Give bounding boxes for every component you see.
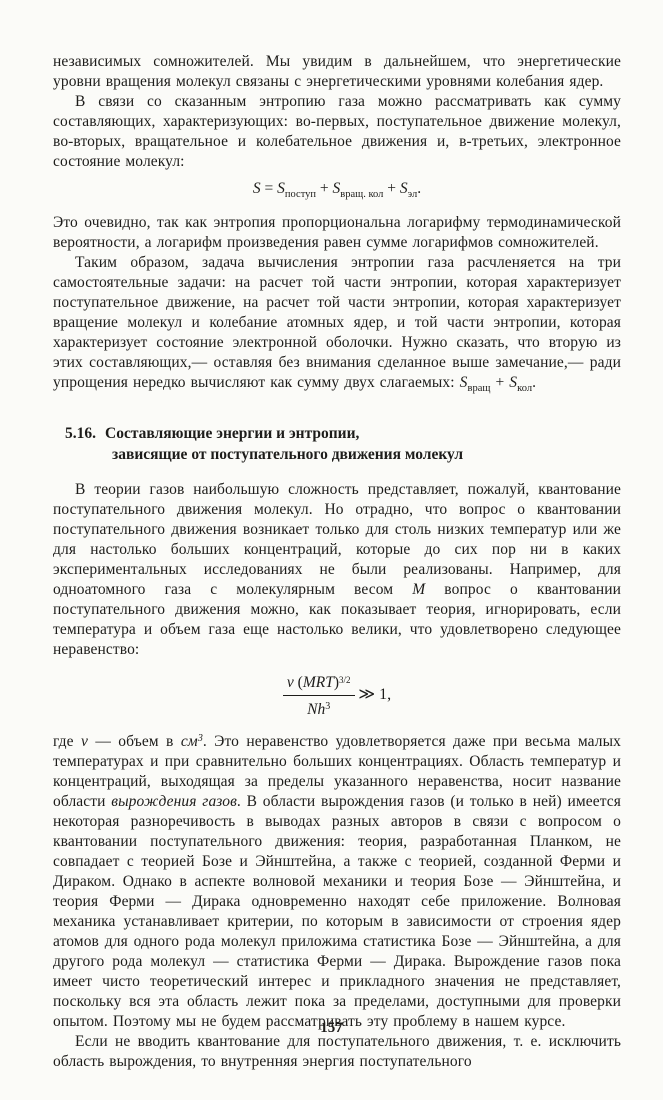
fraction-numerator: v (MRT)3/2 <box>283 670 355 696</box>
text-column: независимых сомножителей. Мы увидим в да… <box>53 52 621 1072</box>
section-heading-line1: 5.16.Составляющие энергии и энтропии, <box>65 423 621 444</box>
section-title-line1: Составляющие энергии и энтропии, <box>105 425 359 442</box>
formula-entropy-sum: S = Sпоступ + Sвращ. кол + Sэл. <box>53 179 621 205</box>
inequality-rhs: ≫ 1, <box>358 686 391 703</box>
paragraph-logarithm: Это очевидно, так как энтропия пропорцио… <box>53 213 621 253</box>
section-title-line2: зависящие от поступательного движения мо… <box>112 444 621 465</box>
paragraph-no-quantization: Если не вводить квантование для поступат… <box>53 1032 621 1072</box>
page-number: 157 <box>0 1020 663 1037</box>
section-number: 5.16. <box>65 425 96 442</box>
section-heading: 5.16.Составляющие энергии и энтропии, за… <box>65 423 621 465</box>
paragraph-three-tasks: Таким образом, задача вычисления энтропи… <box>53 253 621 399</box>
paragraph-entropy-sum-intro: В связи со сказанным энтропию газа можно… <box>53 92 621 172</box>
formula-degeneracy-inequality: v (MRT)3/2 Nh3 ≫ 1, <box>53 670 621 720</box>
fraction: v (MRT)3/2 Nh3 <box>283 670 355 720</box>
book-page-scan: независимых сомножителей. Мы увидим в да… <box>0 0 663 1100</box>
paragraph-gas-theory: В теории газов наибольшую сложность пред… <box>53 480 621 660</box>
fraction-denominator: Nh3 <box>283 696 355 720</box>
paragraph-continuation: независимых сомножителей. Мы увидим в да… <box>53 52 621 92</box>
paragraph-degeneracy: где v — объем в см3. Это неравенство удо… <box>53 729 621 1032</box>
